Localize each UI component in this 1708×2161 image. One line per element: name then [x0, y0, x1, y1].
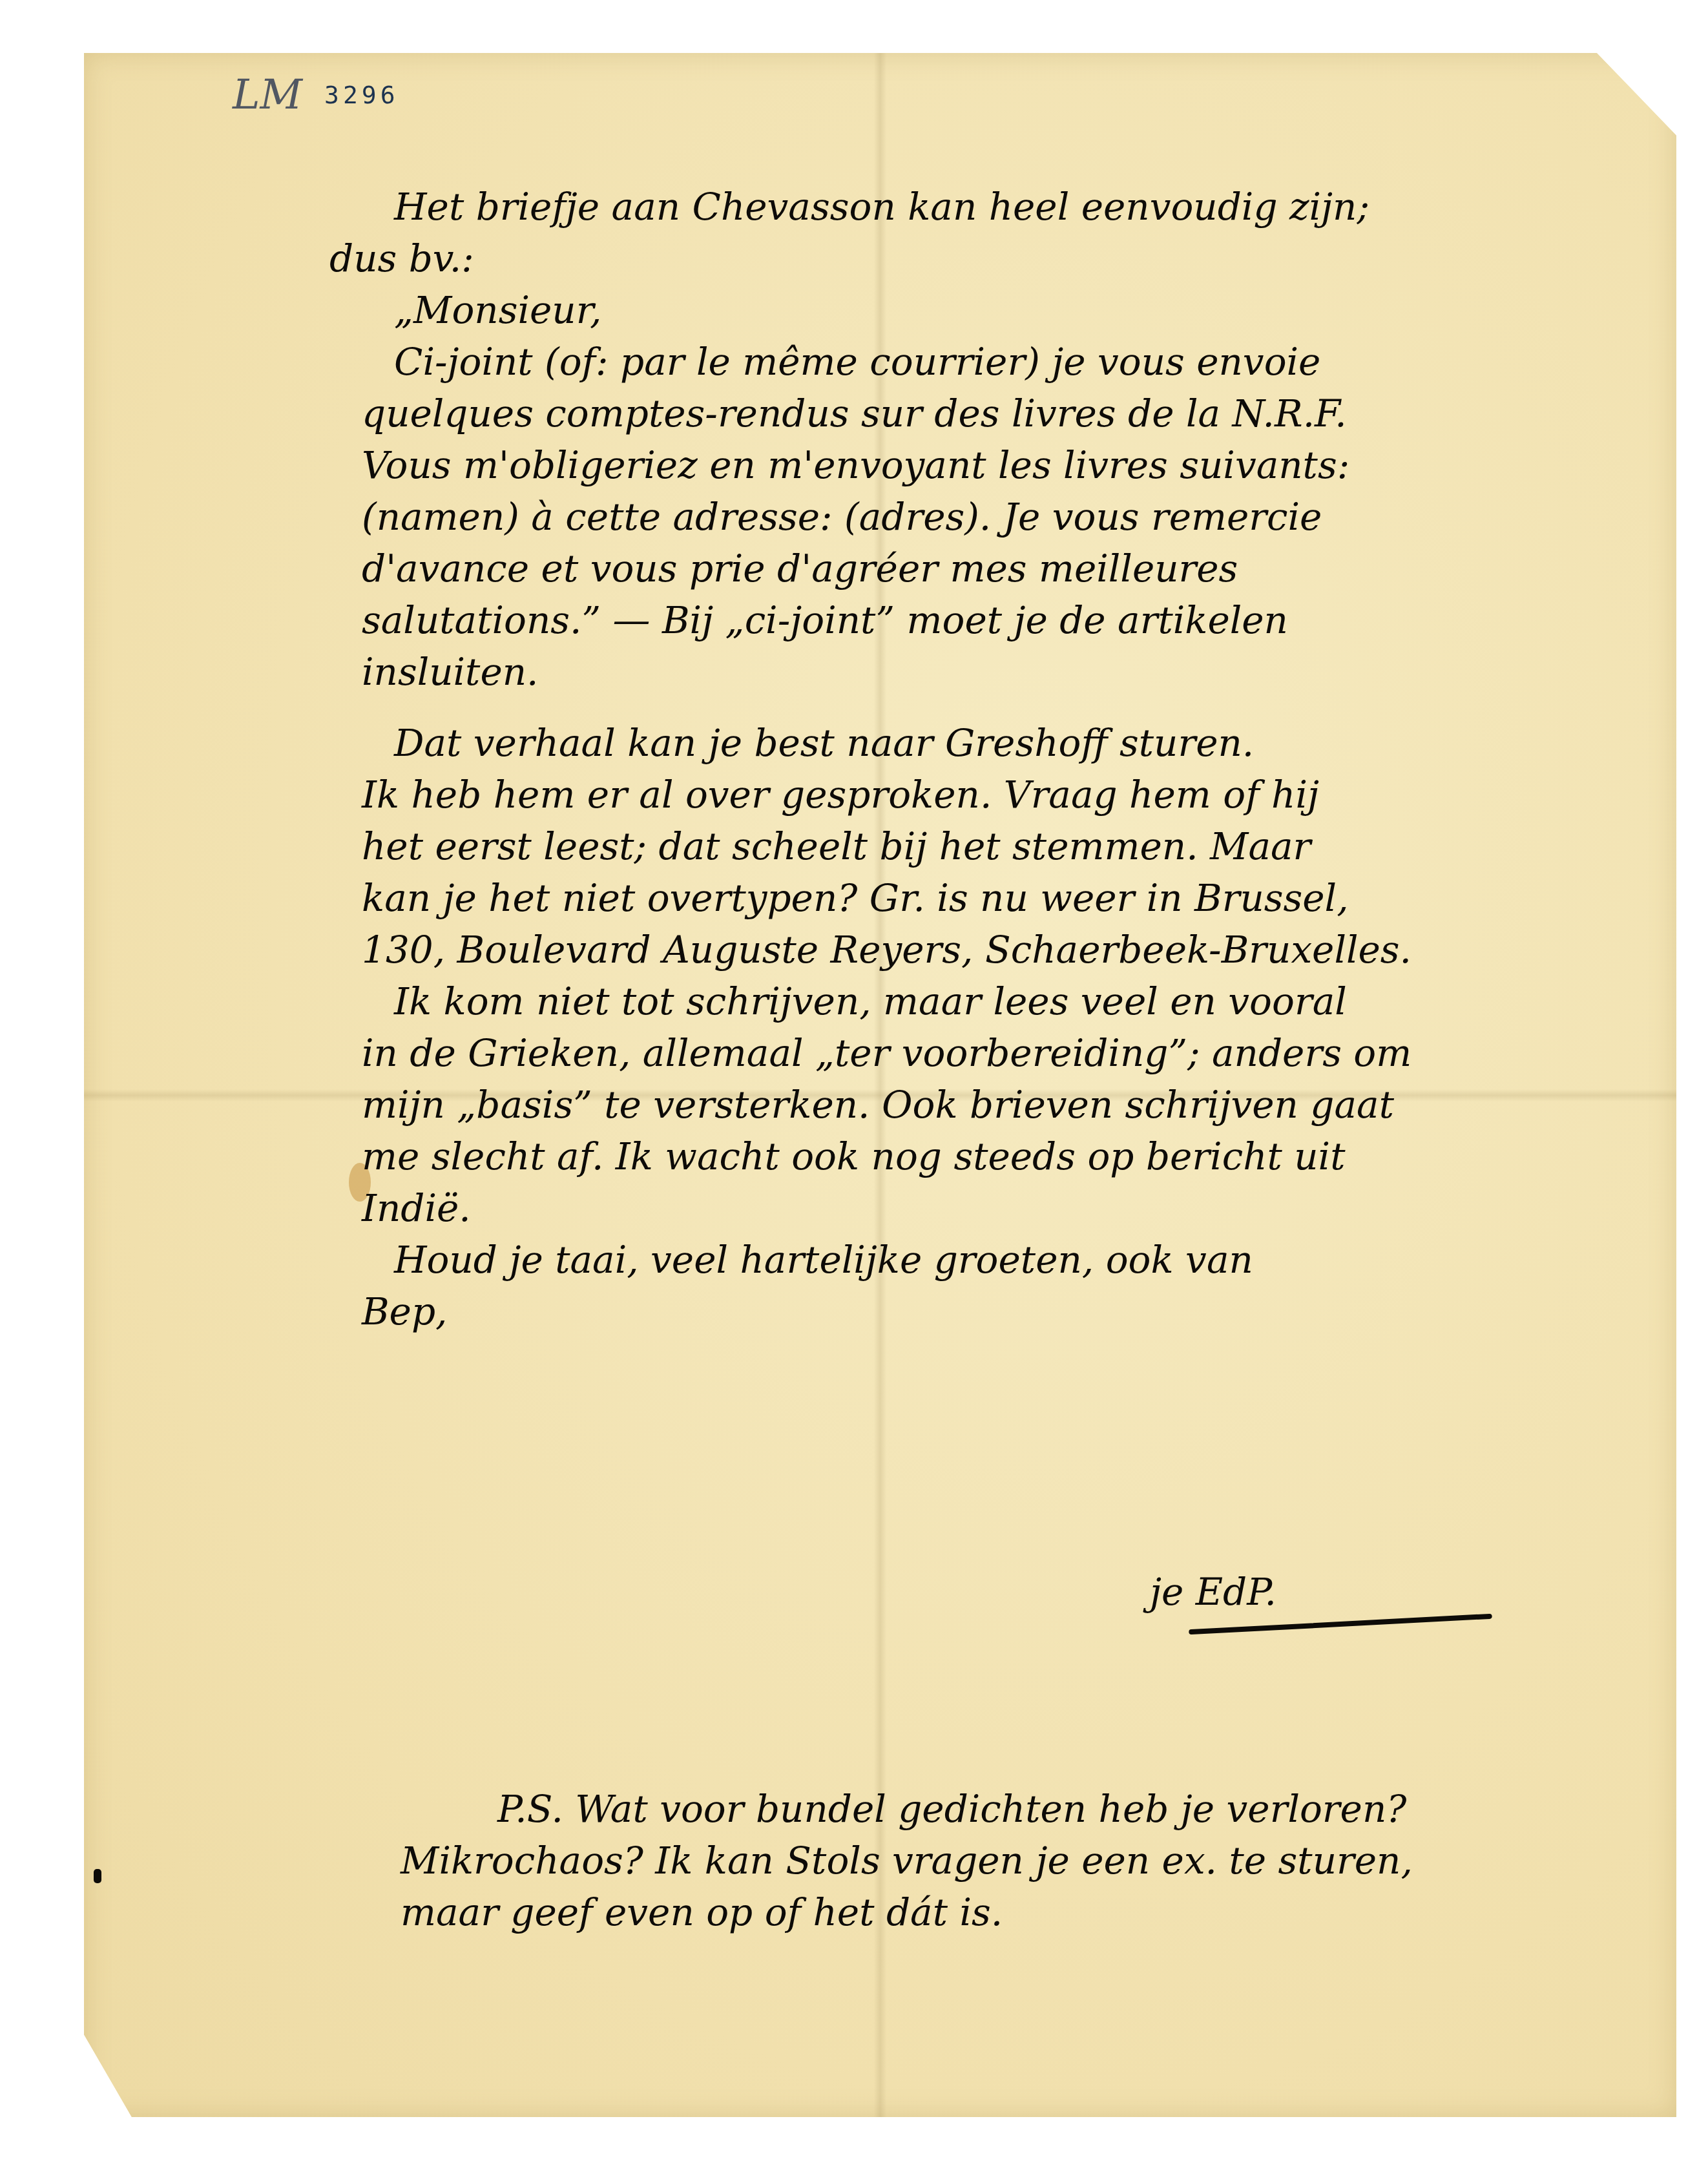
quote-line-7: insluiten. [362, 646, 1647, 698]
postscript-line-2: Mikrochaos? Ik kan Stols vragen je een e… [401, 1835, 1413, 1886]
quote-line-5: d'avance et vous prie d'agréer mes meill… [362, 543, 1647, 594]
greshoff-line-4: kan je het niet overtypen? Gr. is nu wee… [362, 872, 1647, 924]
quote-line-2-text: quelques comptes-rendus sur des livres d… [362, 391, 1347, 435]
greshoff-line-1: Dat verhaal kan je best naar Greshoff st… [362, 717, 1647, 769]
postscript-line-1: P.S. Wat voor bundel gedichten heb je ve… [465, 1783, 1413, 1835]
greshoff-line-5: 130, Boulevard Auguste Reyers, Schaerbee… [362, 924, 1647, 976]
archive-stamp-mark: LM [233, 71, 302, 119]
greshoff-line-2: Ik heb hem er al over gesproken. Vraag h… [362, 769, 1647, 820]
archive-stamp-number: 3296 [324, 81, 399, 109]
opening-line-1: Het briefje aan Chevasson kan heel eenvo… [362, 181, 1647, 233]
letter-body: Het briefje aan Chevasson kan heel eenvo… [362, 181, 1647, 1337]
archive-stamp: LM 3296 [233, 71, 399, 119]
postscript: P.S. Wat voor bundel gedichten heb je ve… [465, 1783, 1413, 1938]
postscript-line-3: maar geef even op of het dát is. [401, 1886, 1413, 1938]
reading-line-2: in de Grieken, allemaal „ter voorbereidi… [362, 1027, 1647, 1079]
reading-line-1: Ik kom niet tot schrijven, maar lees vee… [362, 976, 1647, 1027]
margin-ink-mark [94, 1869, 101, 1883]
quote-line-3: Vous m'obligeriez en m'envoyant les livr… [362, 439, 1647, 491]
closing-line-1: Houd je taai, veel hartelijke groeten, o… [362, 1234, 1647, 1286]
closing-line-2: Bep, [362, 1286, 1647, 1337]
quote-line-2: quelques comptes-rendus sur des livres d… [362, 388, 1647, 439]
quote-line-1: Ci-joint (of: par le même courrier) je v… [362, 336, 1647, 388]
quote-line-6: salutations.” — Bij „ci-joint” moet je d… [362, 594, 1647, 646]
opening-line-2: dus bv.: [329, 233, 1647, 284]
reading-line-4: me slecht af. Ik wacht ook nog steeds op… [362, 1131, 1647, 1182]
quote-line-4: (namen) à cette adresse: (adres). Je vou… [362, 491, 1647, 543]
signature: je EdP. [1150, 1570, 1276, 1614]
quote-salutation: „Monsieur, [362, 284, 1647, 336]
reading-line-5: Indië. [362, 1182, 1647, 1234]
reading-line-3: mijn „basis” te versterken. Ook brieven … [362, 1079, 1647, 1131]
greshoff-line-3: het eerst leest; dat scheelt bij het ste… [362, 820, 1647, 872]
